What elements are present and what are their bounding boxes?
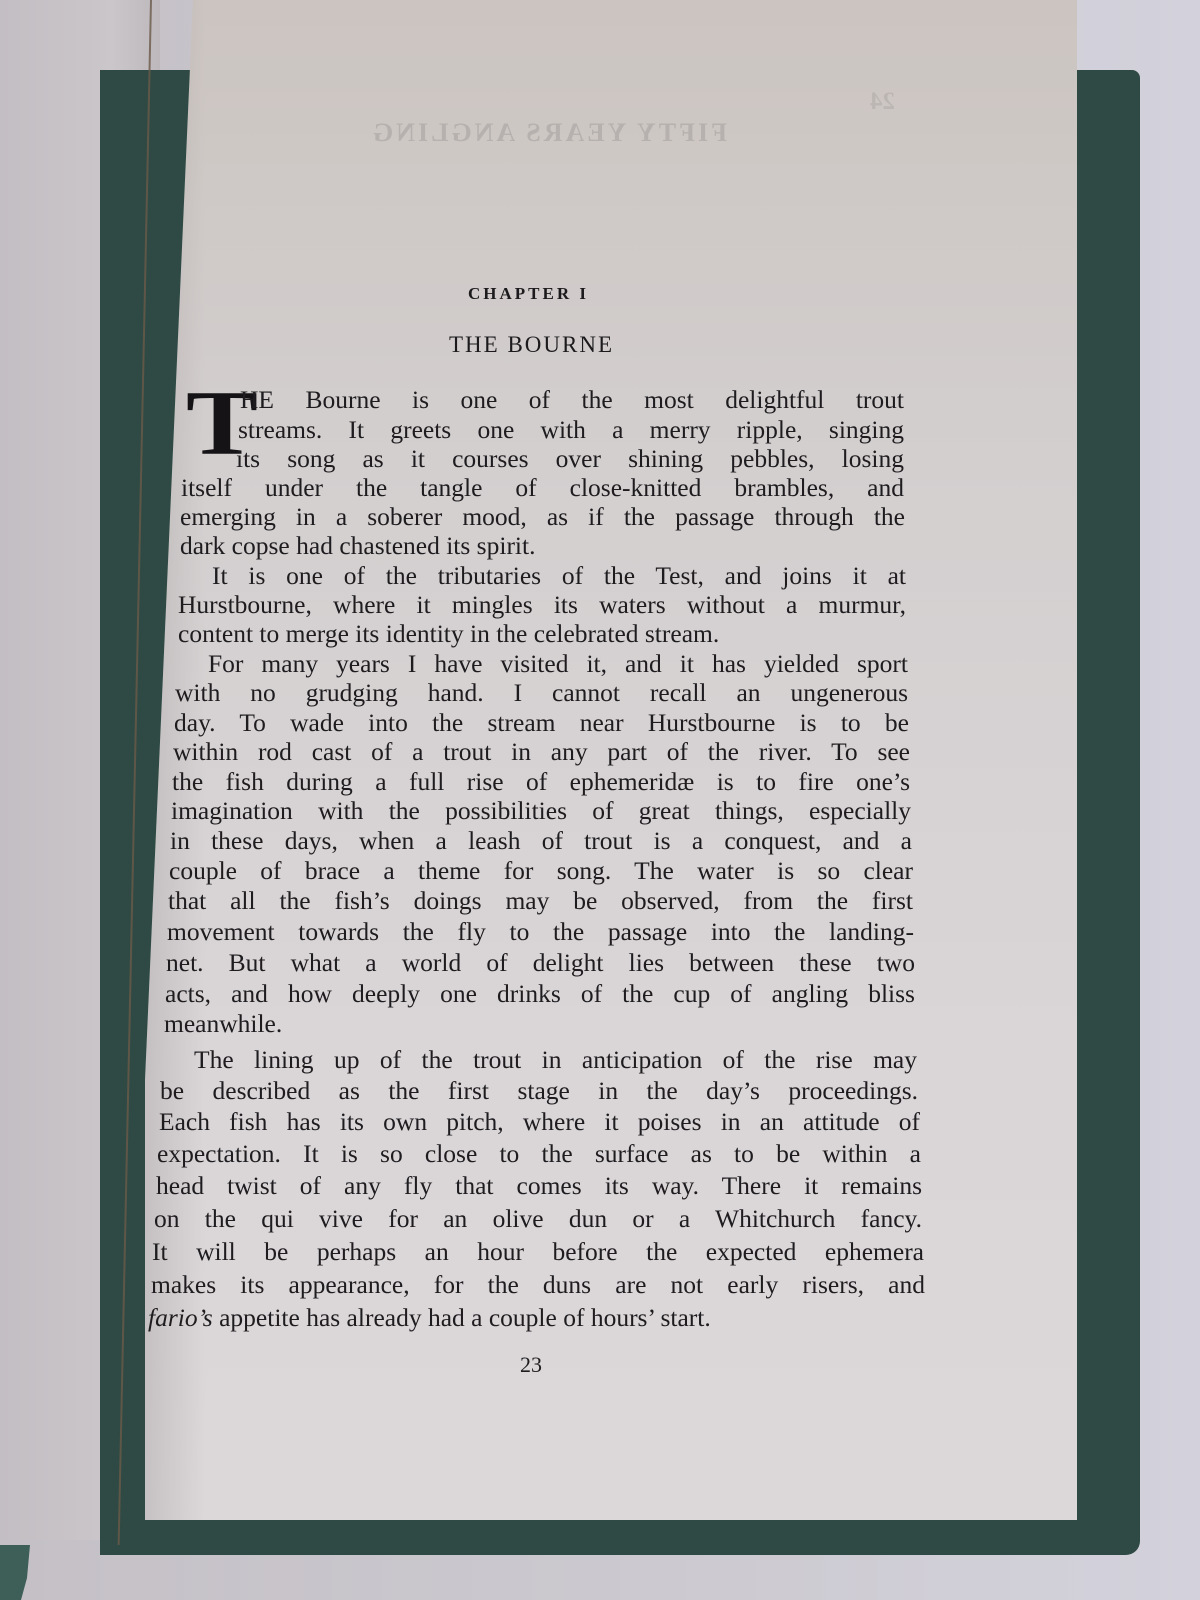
bleed-through-header: FIFTY YEARS ANGLING <box>370 88 746 148</box>
text-line: itself under the tangle of close-knitted… <box>181 473 904 503</box>
text-line: net. But what a world of delight lies be… <box>166 948 915 978</box>
italic-word: fario’s <box>148 1303 213 1332</box>
bleed-through-page-number: 24 <box>870 88 895 116</box>
text-line: imagination with the possibilities of gr… <box>171 796 911 826</box>
text-line: movement towards the fly to the passage … <box>167 917 914 947</box>
text-line: emerging in a soberer mood, as if the pa… <box>180 502 905 532</box>
text-line: with no grudging hand. I cannot recall a… <box>175 678 908 708</box>
bleed-through-header-text: FIFTY YEARS ANGLING <box>370 118 727 147</box>
text-line: its song as it courses over shining pebb… <box>236 444 904 474</box>
text-line: Each fish has its own pitch, where it po… <box>159 1107 920 1137</box>
text-line: couple of brace a theme for song. The wa… <box>169 856 913 886</box>
text-line: on the qui vive for an olive dun or a Wh… <box>154 1204 922 1234</box>
text-line: fario’s appetite has already had a coupl… <box>148 1303 908 1333</box>
text-line: For many years I have visited it, and it… <box>208 649 908 679</box>
text-line: It is one of the tributaries of the Test… <box>212 561 906 591</box>
text-line: content to merge its identity in the cel… <box>178 619 906 649</box>
text-line: that all the fish’s doings may be observ… <box>168 886 913 916</box>
text-line: HE Bourne is one of the most delightful … <box>240 385 904 415</box>
text-line: streams. It greets one with a merry ripp… <box>238 415 904 445</box>
text-line: meanwhile. <box>164 1009 916 1039</box>
text-line: day. To wade into the stream near Hurstb… <box>174 708 909 738</box>
text-span: appetite has already had a couple of hou… <box>213 1303 711 1332</box>
chapter-title: THE BOURNE <box>449 332 614 358</box>
text-line: expectation. It is so close to the surfa… <box>157 1139 921 1169</box>
text-line: within rod cast of a trout in any part o… <box>173 737 910 767</box>
text-line: head twist of any fly that comes its way… <box>156 1171 922 1201</box>
text-line: makes its appearance, for the duns are n… <box>151 1270 925 1300</box>
text-line: be described as the first stage in the d… <box>160 1076 918 1106</box>
text-line: the fish during a full rise of ephemerid… <box>172 767 910 797</box>
text-line: Hurstbourne, where it mingles its waters… <box>178 590 906 620</box>
chapter-label: CHAPTER I <box>468 284 589 304</box>
text-line: in these days, when a leash of trout is … <box>170 826 912 856</box>
text-line: The lining up of the trout in anticipati… <box>194 1045 917 1075</box>
text-line: dark copse had chastened its spirit. <box>180 531 905 561</box>
text-line: acts, and how deeply one drinks of the c… <box>165 979 915 1009</box>
page-number: 23 <box>520 1352 542 1378</box>
text-line: It will be perhaps an hour before the ex… <box>152 1237 924 1267</box>
